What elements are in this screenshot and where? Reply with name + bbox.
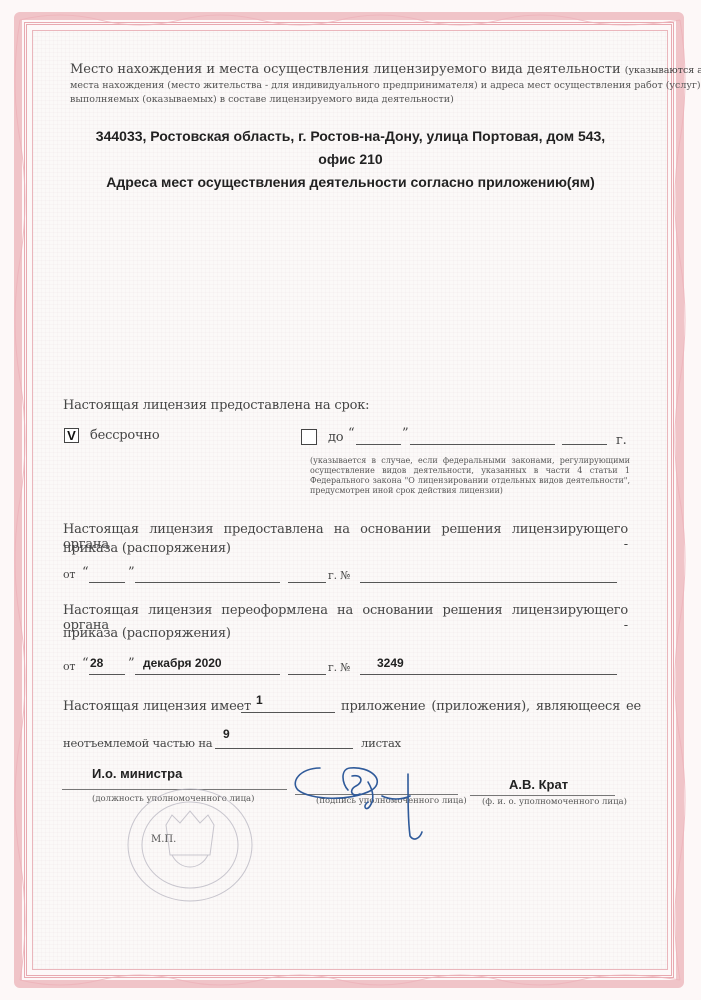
official-seal-icon bbox=[120, 785, 260, 910]
appendix-sheets-value: 9 bbox=[223, 727, 230, 741]
intro-note-text: (указываются адрес bbox=[625, 65, 701, 76]
intro-line-2: места нахождения (место жительства - для… bbox=[70, 80, 701, 91]
granted-year-field[interactable] bbox=[288, 582, 326, 583]
reissued-month-field[interactable] bbox=[135, 674, 280, 675]
intro-line-3: выполняемых (оказываемых) в составе лице… bbox=[70, 94, 454, 105]
appendix-sheets-field[interactable] bbox=[215, 748, 353, 749]
reissued-number-field[interactable] bbox=[360, 674, 617, 675]
appendix-count-field[interactable] bbox=[241, 712, 335, 713]
checkbox-unlimited[interactable]: V bbox=[64, 428, 79, 443]
reissued-month-year-value: декабря 2020 bbox=[143, 656, 222, 670]
reissued-text-line-2: приказа (распоряжения) bbox=[63, 626, 231, 641]
reissued-from-label: от bbox=[63, 660, 75, 673]
appendix-count-value: 1 bbox=[256, 693, 263, 707]
reissued-quote-open: “ bbox=[82, 656, 88, 671]
granted-quote-close: ” bbox=[128, 565, 134, 580]
granted-day-field[interactable] bbox=[89, 582, 125, 583]
intro-line-1: Место нахождения и места осуществления л… bbox=[70, 62, 701, 77]
checkbox-until-date[interactable] bbox=[301, 429, 317, 445]
seal-label: М.П. bbox=[151, 834, 176, 845]
granted-number-label: г. № bbox=[328, 569, 350, 582]
appendix-prefix: Настоящая лицензия имеет bbox=[63, 699, 251, 714]
reissued-number-label: г. № bbox=[328, 661, 350, 674]
reissued-year-field[interactable] bbox=[288, 674, 326, 675]
quote-open: “ bbox=[348, 426, 354, 441]
name-caption: (ф. и. о. уполномоченного лица) bbox=[482, 797, 627, 807]
handwritten-signature-icon bbox=[290, 760, 460, 850]
reissued-day-value: 28 bbox=[90, 656, 103, 670]
appendix-line2-prefix: неотъемлемой частью на bbox=[63, 736, 212, 750]
quote-close: ” bbox=[402, 426, 408, 441]
signatory-name: А.В. Крат bbox=[509, 777, 568, 792]
granted-from-label: от bbox=[63, 568, 75, 581]
until-day-field[interactable] bbox=[356, 444, 401, 445]
label-until: до bbox=[328, 430, 343, 445]
reissued-day-field[interactable] bbox=[89, 674, 125, 675]
term-heading: Настоящая лицензия предоставлена на срок… bbox=[63, 398, 369, 413]
intro-main-text: Место нахождения и места осуществления л… bbox=[70, 62, 621, 77]
signatory-position: И.о. министра bbox=[92, 766, 182, 781]
granted-quote-open: “ bbox=[82, 565, 88, 580]
label-unlimited: бессрочно bbox=[90, 428, 160, 443]
reissued-number-value: 3249 bbox=[377, 656, 404, 670]
granted-number-field[interactable] bbox=[360, 582, 617, 583]
reissued-quote-close: ” bbox=[128, 656, 134, 671]
appendix-sheets-suffix: листах bbox=[361, 736, 401, 750]
appendix-middle: приложение (приложения), являющееся ее bbox=[341, 699, 641, 714]
address-line-1: 344033, Ростовская область, г. Ростов-на… bbox=[0, 128, 701, 144]
until-month-field[interactable] bbox=[410, 444, 555, 445]
activity-addresses-line: Адреса мест осуществления деятельности с… bbox=[0, 174, 701, 190]
granted-month-field[interactable] bbox=[135, 582, 280, 583]
until-year-suffix: г. bbox=[616, 433, 627, 448]
name-line bbox=[470, 795, 615, 796]
address-line-2: офис 210 bbox=[0, 151, 701, 167]
until-year-field[interactable] bbox=[562, 444, 607, 445]
guilloche-pattern-icon bbox=[0, 0, 701, 1000]
granted-text-line-2: приказа (распоряжения) bbox=[63, 541, 231, 556]
term-footnote: (указывается в случае, если федеральными… bbox=[310, 456, 630, 496]
